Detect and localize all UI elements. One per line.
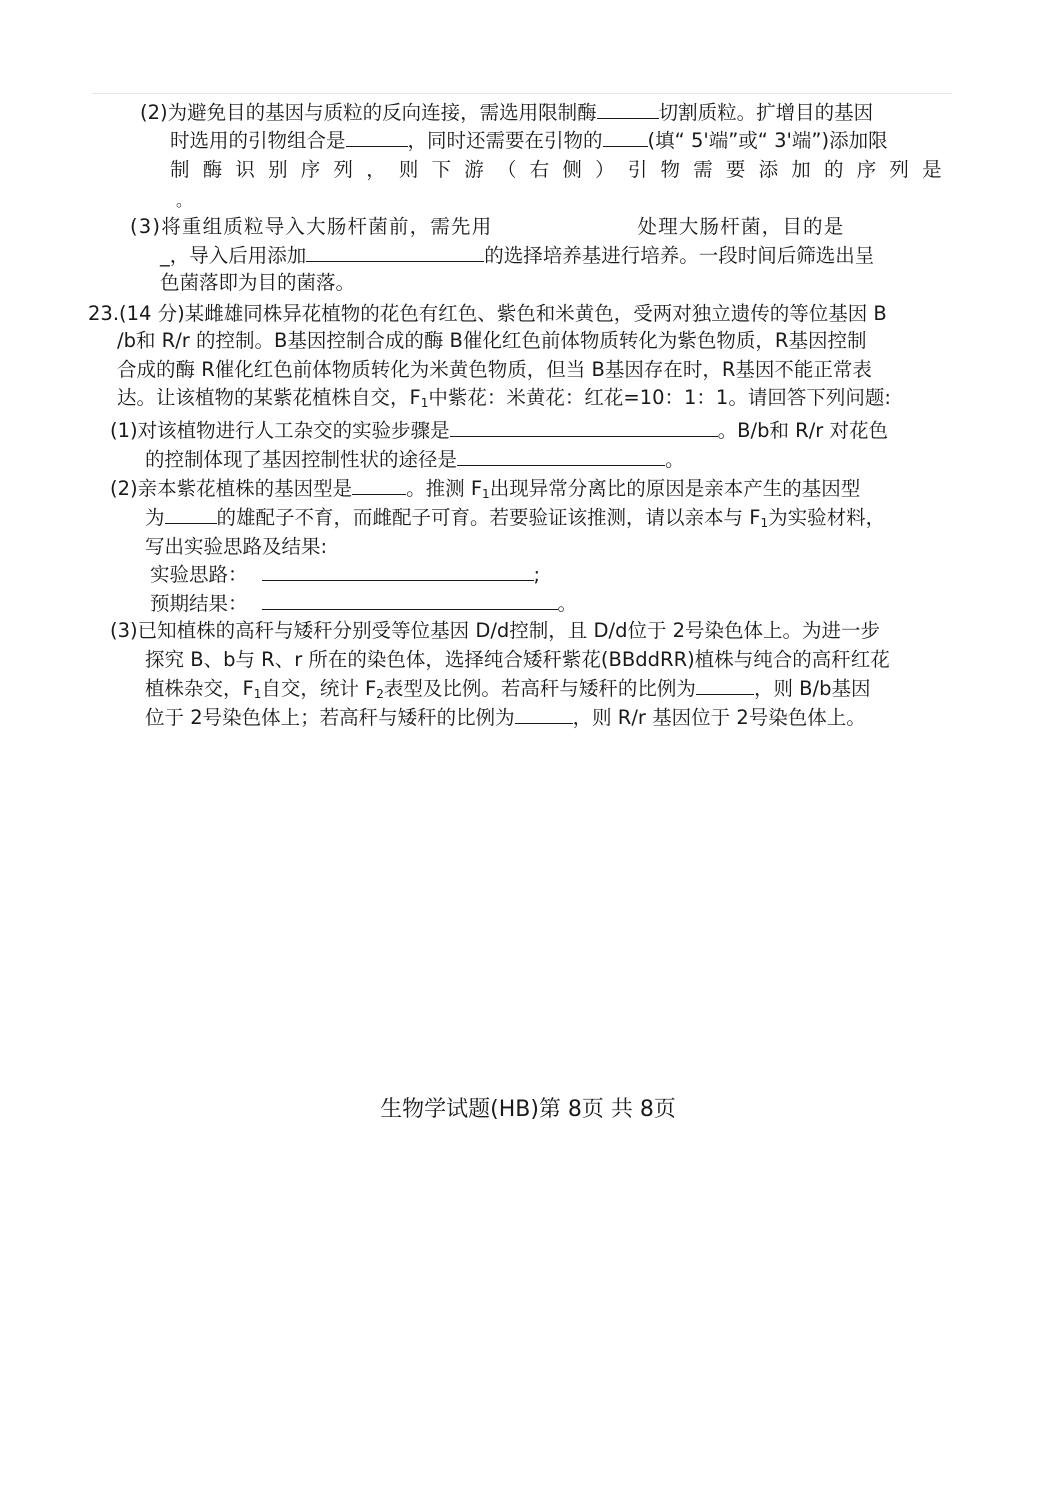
q22-p2-line1: (2)为避免目的基因与质粒的反向连接，需选用限制酶切割质粒。扩增目的基因 <box>140 100 873 126</box>
q22-p3-line3: 色菌落即为目的菌落。 <box>160 270 355 296</box>
text: 自交，统计 F <box>261 677 376 700</box>
text: (2)为避免目的基因与质粒的反向连接，需选用限制酶 <box>140 101 597 124</box>
header-rule <box>92 93 952 94</box>
answer-blank[interactable] <box>597 100 659 119</box>
experiment-idea-label: 实验思路： <box>150 563 248 586</box>
q23-intro-line1: 23.(14 分)某雌雄同株异花植物的花色有红色、紫色和米黄色，受两对独立遗传的… <box>88 301 887 327</box>
expected-result-label: 预期结果： <box>150 592 248 615</box>
text: ; <box>534 563 541 586</box>
q22-p2-line2: 时选用的引物组合是，同时还需要在引物的(填“ 5'端”或“ 3'端”)添加限 <box>170 128 888 154</box>
expected-result-blank[interactable] <box>262 591 558 610</box>
q22-p3-line2: _，导入后用添加的选择培养基进行培养。一段时间后筛选出呈 <box>160 243 874 269</box>
text: 。 <box>665 448 685 471</box>
text: 为 <box>145 506 165 529</box>
answer-blank[interactable] <box>306 243 484 262</box>
text: (2)亲本紫花植株的基因型是 <box>110 477 352 500</box>
text: 。推测 F <box>406 477 482 500</box>
q23-intro-line4: 达。让该植物的某紫花植株自交，F1中紫花：米黄花：红花=10：1：1。请回答下列… <box>117 385 891 416</box>
text: ，同时还需要在引物的 <box>408 129 603 152</box>
text: 时选用的引物组合是 <box>170 129 346 152</box>
q23-p1-line1: (1)对该植物进行人工杂交的实验步骤是。B/b和 R/r 对花色 <box>110 418 888 444</box>
q23-intro-line2: /b和 R/r 的控制。B基因控制合成的酶 B催化红色前体物质转化为紫色物质，R… <box>117 328 866 354</box>
q23-p3-line1: (3)已知植株的高秆与矮秆分别受等位基因 D/d控制，且 D/d位于 2号染色体… <box>110 618 880 644</box>
experiment-idea-row: 实验思路：; <box>150 562 540 588</box>
text: _，导入后用添加 <box>160 244 306 267</box>
answer-blank[interactable] <box>346 128 408 147</box>
answer-blank[interactable] <box>165 505 217 524</box>
answer-blank[interactable] <box>603 128 648 147</box>
experiment-idea-blank[interactable] <box>262 562 534 581</box>
q22-p2-line3: 制酶识别序列，则下游（右侧）引物需要添加的序列是 <box>170 157 955 183</box>
answer-blank[interactable] <box>352 476 406 495</box>
q23-intro-line3: 合成的酶 R催化红色前体物质转化为米黄色物质，但当 B基因存在时，R基因不能正常… <box>117 357 872 383</box>
subscript: 1 <box>760 516 768 530</box>
text: (1)对该植物进行人工杂交的实验步骤是 <box>110 419 450 442</box>
text: (3)将重组质粒导入大肠杆菌前，需先用 <box>130 215 492 238</box>
page-footer: 生物学试题(HB)第 8页 共 8页 <box>0 1095 1056 1125</box>
text: 的雄配子不育，而雌配子可育。若要验证该推测，请以亲本与 F <box>217 506 761 529</box>
text: ，则 R/r 基因位于 2号染色体上。 <box>573 706 866 729</box>
answer-blank[interactable] <box>450 418 718 437</box>
text: 。B/b和 R/r 对花色 <box>718 419 888 442</box>
subscript: 1 <box>482 487 490 501</box>
q23-p2-line3: 写出实验思路及结果: <box>145 534 327 560</box>
text: 处理大肠杆菌，目的是 <box>637 215 844 238</box>
text: 中紫花：米黄花：红花=10：1：1。请回答下列问题: <box>428 386 891 409</box>
subscript: 2 <box>376 687 384 701</box>
text: 表型及比例。若高秆与矮秆的比例为 <box>384 677 696 700</box>
q22-p2-line4: 。 <box>176 188 192 214</box>
answer-blank[interactable] <box>457 447 665 466</box>
answer-blank[interactable] <box>515 705 573 724</box>
text: 达。让该植物的某紫花植株自交，F <box>117 386 421 409</box>
q22-p3-line1: (3)将重组质粒导入大肠杆菌前，需先用处理大肠杆菌，目的是 <box>130 214 844 240</box>
text: 为实验材料， <box>768 506 885 529</box>
q23-p3-line4: 位于 2号染色体上；若高秆与矮秆的比例为，则 R/r 基因位于 2号染色体上。 <box>145 705 866 731</box>
text: 。 <box>558 592 578 615</box>
q23-p2-line2: 为的雄配子不育，而雌配子可育。若要验证该推测，请以亲本与 F1为实验材料， <box>145 505 885 536</box>
q23-p1-line2: 的控制体现了基因控制性状的途径是。 <box>145 447 685 473</box>
text: 位于 2号染色体上；若高秆与矮秆的比例为 <box>145 706 515 729</box>
text: 植株杂交，F <box>145 677 254 700</box>
text: 出现异常分离比的原因是亲本产生的基因型 <box>490 477 861 500</box>
text: (填“ 5'端”或“ 3'端”)添加限 <box>648 129 888 152</box>
text: 的控制体现了基因控制性状的途径是 <box>145 448 457 471</box>
q23-p3-line2: 探究 B、b与 R、r 所在的染色体，选择纯合矮秆紫花(BBddRR)植株与纯合… <box>145 647 890 673</box>
text: 切割质粒。扩增目的基因 <box>659 101 874 124</box>
q23-p2-line1: (2)亲本紫花植株的基因型是。推测 F1出现异常分离比的原因是亲本产生的基因型 <box>110 476 860 507</box>
text: 的选择培养基进行培养。一段时间后筛选出呈 <box>484 244 874 267</box>
expected-result-row: 预期结果：。 <box>150 591 577 617</box>
answer-blank[interactable] <box>696 676 754 695</box>
text: ，则 B/b基因 <box>754 677 871 700</box>
q23-p3-line3: 植株杂交，F1自交，统计 F2表型及比例。若高秆与矮秆的比例为，则 B/b基因 <box>145 676 870 707</box>
